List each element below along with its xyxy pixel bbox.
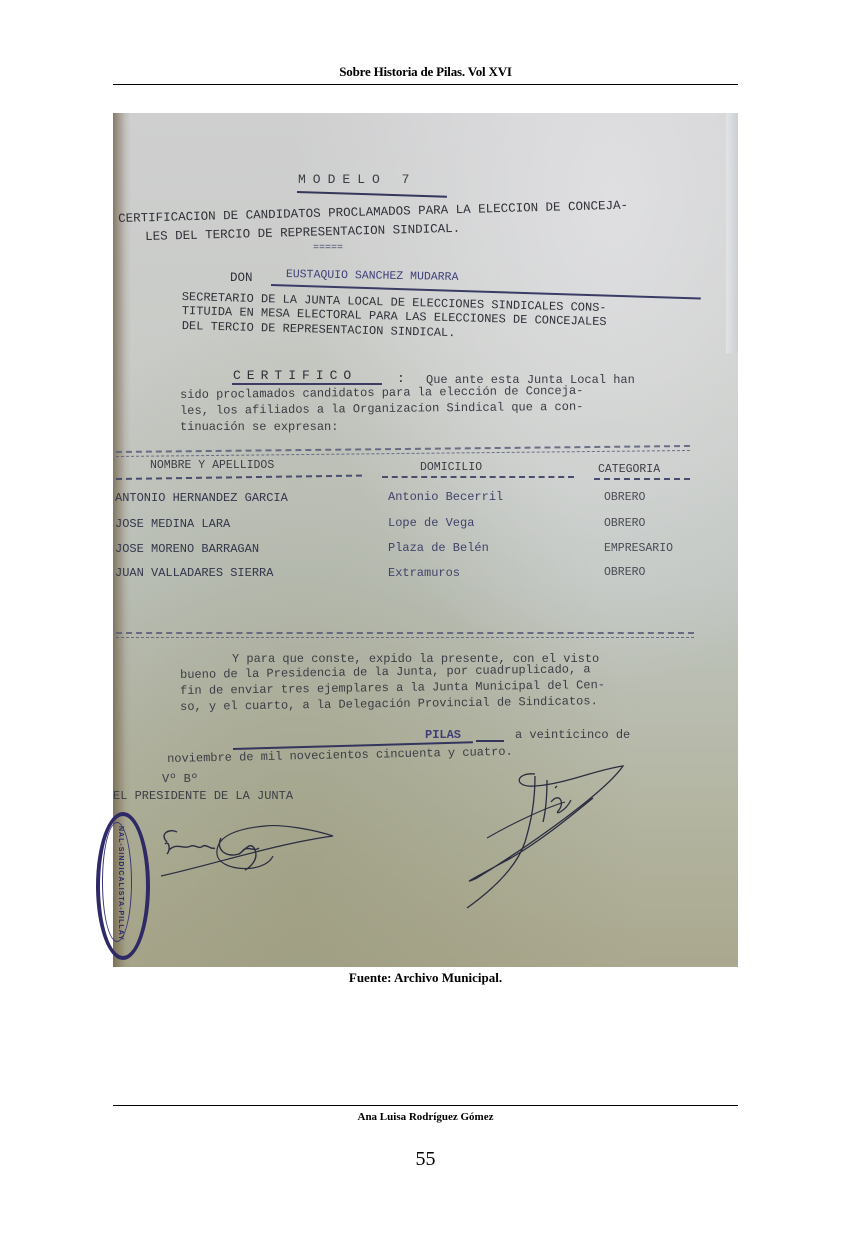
vobo-label: Vº Bº — [162, 772, 198, 786]
certifico-label: CERTIFICO — [233, 368, 357, 383]
column-header-name: NOMBRE Y APELLIDOS — [150, 459, 274, 472]
date-line-1: a veinticinco de — [515, 728, 630, 742]
header-rule — [113, 84, 738, 85]
cell-domicile: Extramuros — [388, 566, 460, 580]
cell-domicile: Lope de Vega — [388, 516, 474, 530]
cell-name: JUAN VALLADARES SIERRA — [115, 566, 273, 580]
footer-author: Ana Luisa Rodríguez Gómez — [113, 1111, 738, 1123]
cell-domicile: Plaza de Belén — [388, 541, 489, 555]
table-bottom-rule-2 — [116, 637, 694, 638]
column-header-category: CATEGORIA — [598, 463, 660, 476]
secretary-signature — [455, 762, 635, 912]
footer-rule — [113, 1105, 738, 1106]
title-separator: ===== — [313, 243, 343, 254]
cell-name: ANTONIO HERNANDEZ GARCIA — [115, 491, 288, 505]
column-header-domicile-underline — [382, 476, 574, 478]
don-label: DON — [230, 271, 253, 285]
stamp-text: NAL-SINDICALISTA-PILLAY — [117, 826, 124, 941]
cell-category: EMPRESARIO — [604, 542, 673, 555]
page-edge-highlight — [726, 113, 738, 353]
cell-name: JOSE MEDINA LARA — [115, 517, 230, 531]
certifico-line-4: tinuación se expresan: — [180, 420, 338, 434]
column-header-category-underline — [594, 478, 690, 480]
place-name: PILAS — [425, 728, 461, 742]
place-underline-2 — [476, 740, 504, 742]
cell-category: OBRERO — [604, 517, 645, 530]
certifico-underline — [232, 383, 382, 385]
cell-category: OBRERO — [604, 491, 645, 504]
president-label: EL PRESIDENTE DE LA JUNTA — [113, 789, 293, 803]
running-header: Sobre Historia de Pilas. Vol XVI — [113, 64, 738, 80]
column-header-domicile: DOMICILIO — [420, 461, 482, 474]
certifico-colon: : — [397, 371, 405, 386]
model-label: MODELO 7 — [298, 172, 416, 187]
president-signature — [155, 820, 345, 890]
figure-caption: Fuente: Archivo Municipal. — [113, 970, 738, 986]
table-bottom-rule — [116, 632, 694, 634]
cell-domicile: Antonio Becerril — [388, 490, 503, 504]
cell-name: JOSE MORENO BARRAGAN — [115, 542, 259, 556]
cell-category: OBRERO — [604, 566, 645, 579]
page-number: 55 — [113, 1148, 738, 1171]
